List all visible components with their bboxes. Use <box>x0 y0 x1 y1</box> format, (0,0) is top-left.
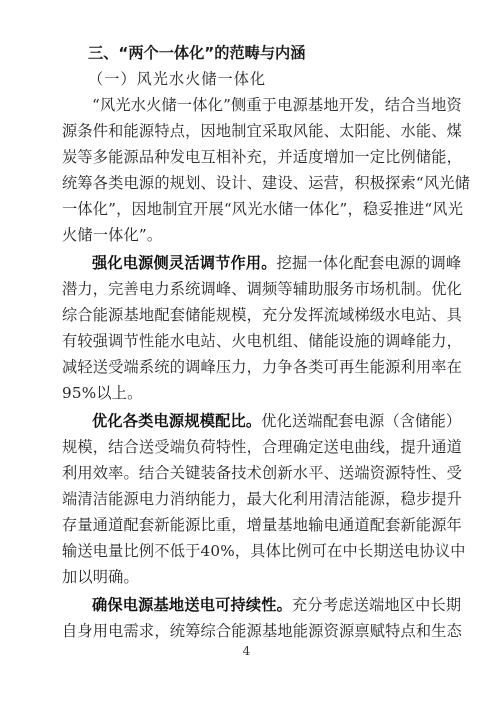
paragraph-4-line-2: 自身用电需求，统筹综合能源基地能源资源禀赋特点和生态 <box>62 620 414 642</box>
paragraph-4-line-1: 确保电源基地送电可持续性。充分考虑送端地区中长期 <box>92 594 414 616</box>
page-number: 4 <box>0 643 493 659</box>
paragraph-4-lead-bold: 确保电源基地送电可持续性。 <box>92 596 292 614</box>
paragraph-3-line-1: 优化各类电源规模配比。优化送端配套电源（含储能） <box>92 410 414 432</box>
paragraph-3-line-3: 利用效率。结合关键装备技术创新水平、送端资源特性、受 <box>62 462 414 484</box>
paragraph-1-line-5: 一体化”，因地制宜开展“风光水储一体化”，稳妥推进“风光 <box>62 198 414 220</box>
paragraph-4-lead-rest: 充分考虑送端地区中长期 <box>292 596 461 614</box>
subsection-heading: （一）风光水火储一体化 <box>88 68 266 90</box>
paragraph-1-line-2: 源条件和能源特点，因地制宜采取风能、太阳能、水能、煤 <box>62 120 414 142</box>
document-page: 三、“两个一体化”的范畴与内涵 （一）风光水火储一体化 “风光水火储一体化”侧重… <box>0 0 493 706</box>
paragraph-2-line-1: 强化电源侧灵活调节作用。挖掘一体化配套电源的调峰 <box>92 252 414 274</box>
paragraph-2-lead-bold: 强化电源侧灵活调节作用。 <box>92 254 277 272</box>
paragraph-2-line-5: 减轻送受端系统的调峰压力，力争各类可再生能源利用率在 <box>62 356 414 378</box>
paragraph-2-line-4: 有较强调节性能水电站、火电机组、储能设施的调峰能力， <box>62 330 414 352</box>
paragraph-2-line-6: 95%以上。 <box>62 382 414 404</box>
paragraph-1-line-6: 火储一体化”。 <box>62 224 414 246</box>
paragraph-2-lead-rest: 挖掘一体化配套电源的调峰 <box>277 254 462 272</box>
paragraph-2-line-2: 潜力，完善电力系统调峰、调频等辅助服务市场机制。优化 <box>62 278 414 300</box>
paragraph-2-line-3: 综合能源基地配套储能规模，充分发挥流域梯级水电站、具 <box>62 304 414 326</box>
paragraph-3-lead-rest: 优化送端配套电源（含储能） <box>261 412 461 430</box>
paragraph-3-line-4: 端清洁能源电力消纳能力，最大化利用清洁能源，稳步提升 <box>62 488 414 510</box>
paragraph-1-line-3: 炭等多能源品种发电互相补充，并适度增加一定比例储能， <box>62 146 414 168</box>
paragraph-1-line-4: 统筹各类电源的规划、设计、建设、运营，积极探索“风光储 <box>62 172 414 194</box>
paragraph-3-lead-bold: 优化各类电源规模配比。 <box>92 412 261 430</box>
paragraph-3-line-5: 存量通道配套新能源比重，增量基地输电通道配套新能源年 <box>62 514 414 536</box>
paragraph-3-line-2: 规模，结合送受端负荷特性，合理确定送电曲线，提升通道 <box>62 436 414 458</box>
paragraph-3-line-6: 输送电量比例不低于40%，具体比例可在中长期送电协议中 <box>62 540 414 562</box>
section-heading: 三、“两个一体化”的范畴与内涵 <box>88 42 305 64</box>
paragraph-1-line-1: “风光水火储一体化”侧重于电源基地开发，结合当地资 <box>92 94 414 116</box>
paragraph-3-line-7: 加以明确。 <box>62 566 414 588</box>
